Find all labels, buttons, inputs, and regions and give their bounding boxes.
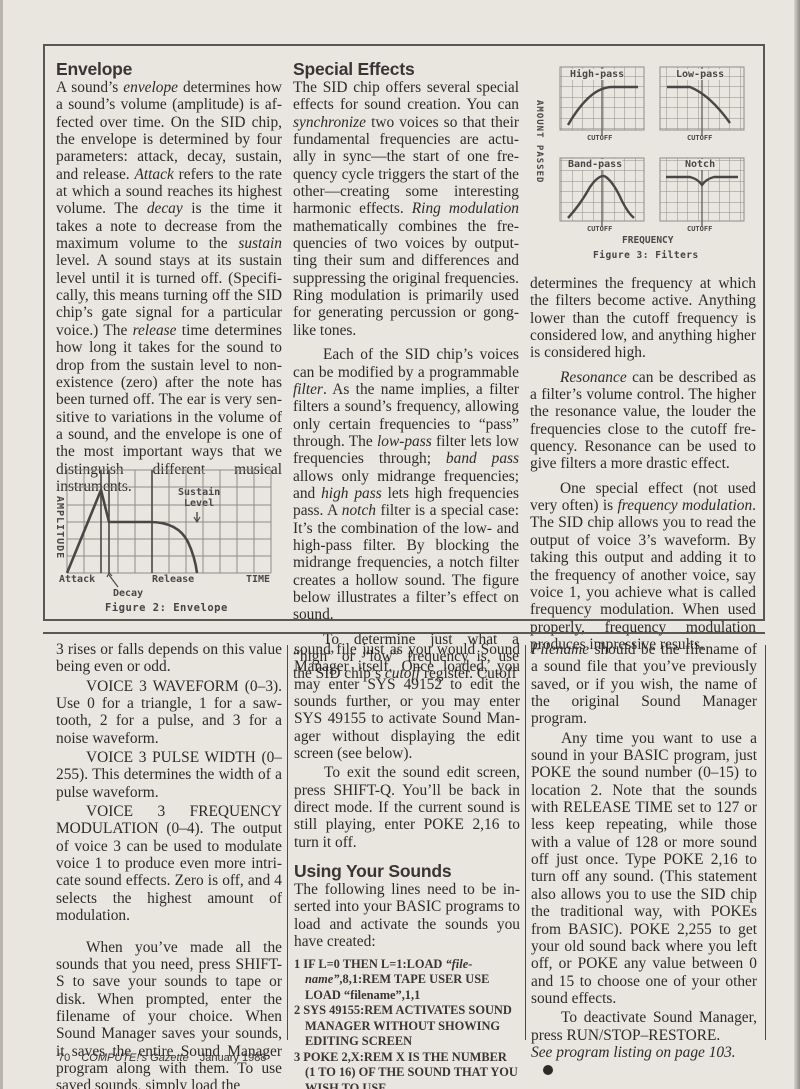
heading-special-effects: Special Effects bbox=[293, 60, 519, 79]
paragraph: The SID chip offers several special effe… bbox=[293, 79, 519, 339]
y-axis-label: AMPLITUDE bbox=[54, 496, 65, 559]
column-voice-3-settings: 3 rises or falls depends on this value b… bbox=[56, 641, 282, 1089]
page-edge-right bbox=[794, 0, 800, 1089]
code-line: 1 IF L=0 THEN L=1:LOAD “file­name”,8,1:R… bbox=[294, 957, 520, 1004]
end-of-article-bullet-icon bbox=[543, 1065, 553, 1075]
paragraph: Resonance can be described as a filter’s… bbox=[530, 369, 756, 473]
program-listing-note: See program listing on page 103. bbox=[531, 1044, 757, 1079]
panel-title-high-pass: High-pass bbox=[570, 69, 624, 80]
column-envelope: Envelope A sound’s envelope determines h… bbox=[56, 60, 282, 495]
paragraph: To exit the sound edit screen, press SHI… bbox=[294, 764, 520, 851]
figure-envelope: AMPLITUDE Sustain Level Attack Release T… bbox=[50, 462, 290, 617]
page-number: 70 bbox=[58, 1052, 70, 1064]
column-loading-sounds: sound file just as you would Sound Manag… bbox=[294, 641, 520, 1089]
column-using-sounds-in-basic: Filename should be the filename of a sou… bbox=[531, 641, 757, 1079]
column-rule bbox=[765, 645, 766, 1040]
decay-label: Decay bbox=[113, 588, 143, 599]
paragraph: VOICE 3 PULSE WIDTH (0–255). This determ… bbox=[56, 749, 282, 801]
heading-envelope: Envelope bbox=[56, 60, 282, 79]
time-label: TIME bbox=[246, 574, 270, 585]
paragraph: Any time you want to use a sound in your… bbox=[531, 730, 757, 1008]
issue-date: January 1988 bbox=[200, 1052, 267, 1064]
code-line: 2 SYS 49155:REM ACTIVATES SOUND MANAGER … bbox=[294, 1003, 520, 1050]
cutoff-label: CUTOFF bbox=[687, 225, 712, 233]
attack-label: Attack bbox=[59, 574, 95, 585]
listing-note-text: See program listing on page 103. bbox=[531, 1044, 736, 1061]
paragraph: To deactivate Sound Manager, press RUN/S… bbox=[531, 1009, 757, 1044]
x-axis-label: FREQUENCY bbox=[622, 235, 673, 246]
column-filters-text: determines the frequency at which the fi… bbox=[530, 275, 756, 653]
column-special-effects: Special Effects The SID chip offers seve… bbox=[293, 60, 519, 683]
paragraph: VOICE 3 FREQUENCY MOD­ULATION (0–4). The… bbox=[56, 803, 282, 924]
code-line: 3 POKE 2,X:REM X IS THE NUMBER (1 TO 16)… bbox=[294, 1050, 520, 1089]
panel-title-low-pass: Low-pass bbox=[676, 69, 724, 80]
paragraph: A sound’s envelope determines how a soun… bbox=[56, 79, 282, 495]
figure-caption: Figure 3: Filters bbox=[593, 250, 699, 261]
panel-title-notch: Notch bbox=[685, 159, 715, 170]
column-rule bbox=[287, 645, 288, 1040]
paragraph: VOICE 3 WAVEFORM (0–3). Use 0 for a tria… bbox=[56, 678, 282, 747]
paragraph: Filename should be the filename of a sou… bbox=[531, 641, 757, 728]
paragraph: Each of the SID chip’s voices can be mod… bbox=[293, 346, 519, 624]
magazine-name: COMPUTE!’s Gazette bbox=[81, 1052, 188, 1064]
paragraph: The following lines need to be in­serted… bbox=[294, 881, 520, 950]
envelope-chart-graphic bbox=[50, 462, 290, 617]
basic-code-listing: 1 IF L=0 THEN L=1:LOAD “file­name”,8,1:R… bbox=[294, 957, 520, 1089]
cutoff-label: CUTOFF bbox=[687, 134, 712, 142]
filters-chart-graphic bbox=[530, 55, 758, 265]
figure-filters: High-pass Low-pass Band-pass Notch CUTOF… bbox=[530, 55, 758, 265]
paragraph: 3 rises or falls depends on this value b… bbox=[56, 641, 282, 676]
y-axis-label: AMOUNT PASSED bbox=[534, 100, 544, 183]
paragraph: sound file just as you would Sound Manag… bbox=[294, 641, 520, 762]
paragraph: determines the frequency at which the fi… bbox=[530, 275, 756, 362]
figure-caption: Figure 2: Envelope bbox=[105, 602, 228, 614]
cutoff-label: CUTOFF bbox=[587, 225, 612, 233]
cutoff-label: CUTOFF bbox=[587, 134, 612, 142]
sustain-level-label: Level bbox=[184, 498, 214, 509]
paragraph: One special effect (not used very often)… bbox=[530, 480, 756, 653]
paragraph: When you’ve made all the sounds that you… bbox=[56, 939, 282, 1089]
page-edge-left bbox=[0, 0, 3, 1089]
heading-using-your-sounds: Using Your Sounds bbox=[294, 862, 520, 881]
release-label: Release bbox=[152, 574, 194, 585]
page-footer: 70 COMPUTE!’s Gazette January 1988 bbox=[58, 1052, 266, 1064]
column-rule bbox=[525, 645, 526, 1040]
sustain-label: Sustain bbox=[178, 487, 220, 498]
panel-title-band-pass: Band-pass bbox=[568, 159, 622, 170]
